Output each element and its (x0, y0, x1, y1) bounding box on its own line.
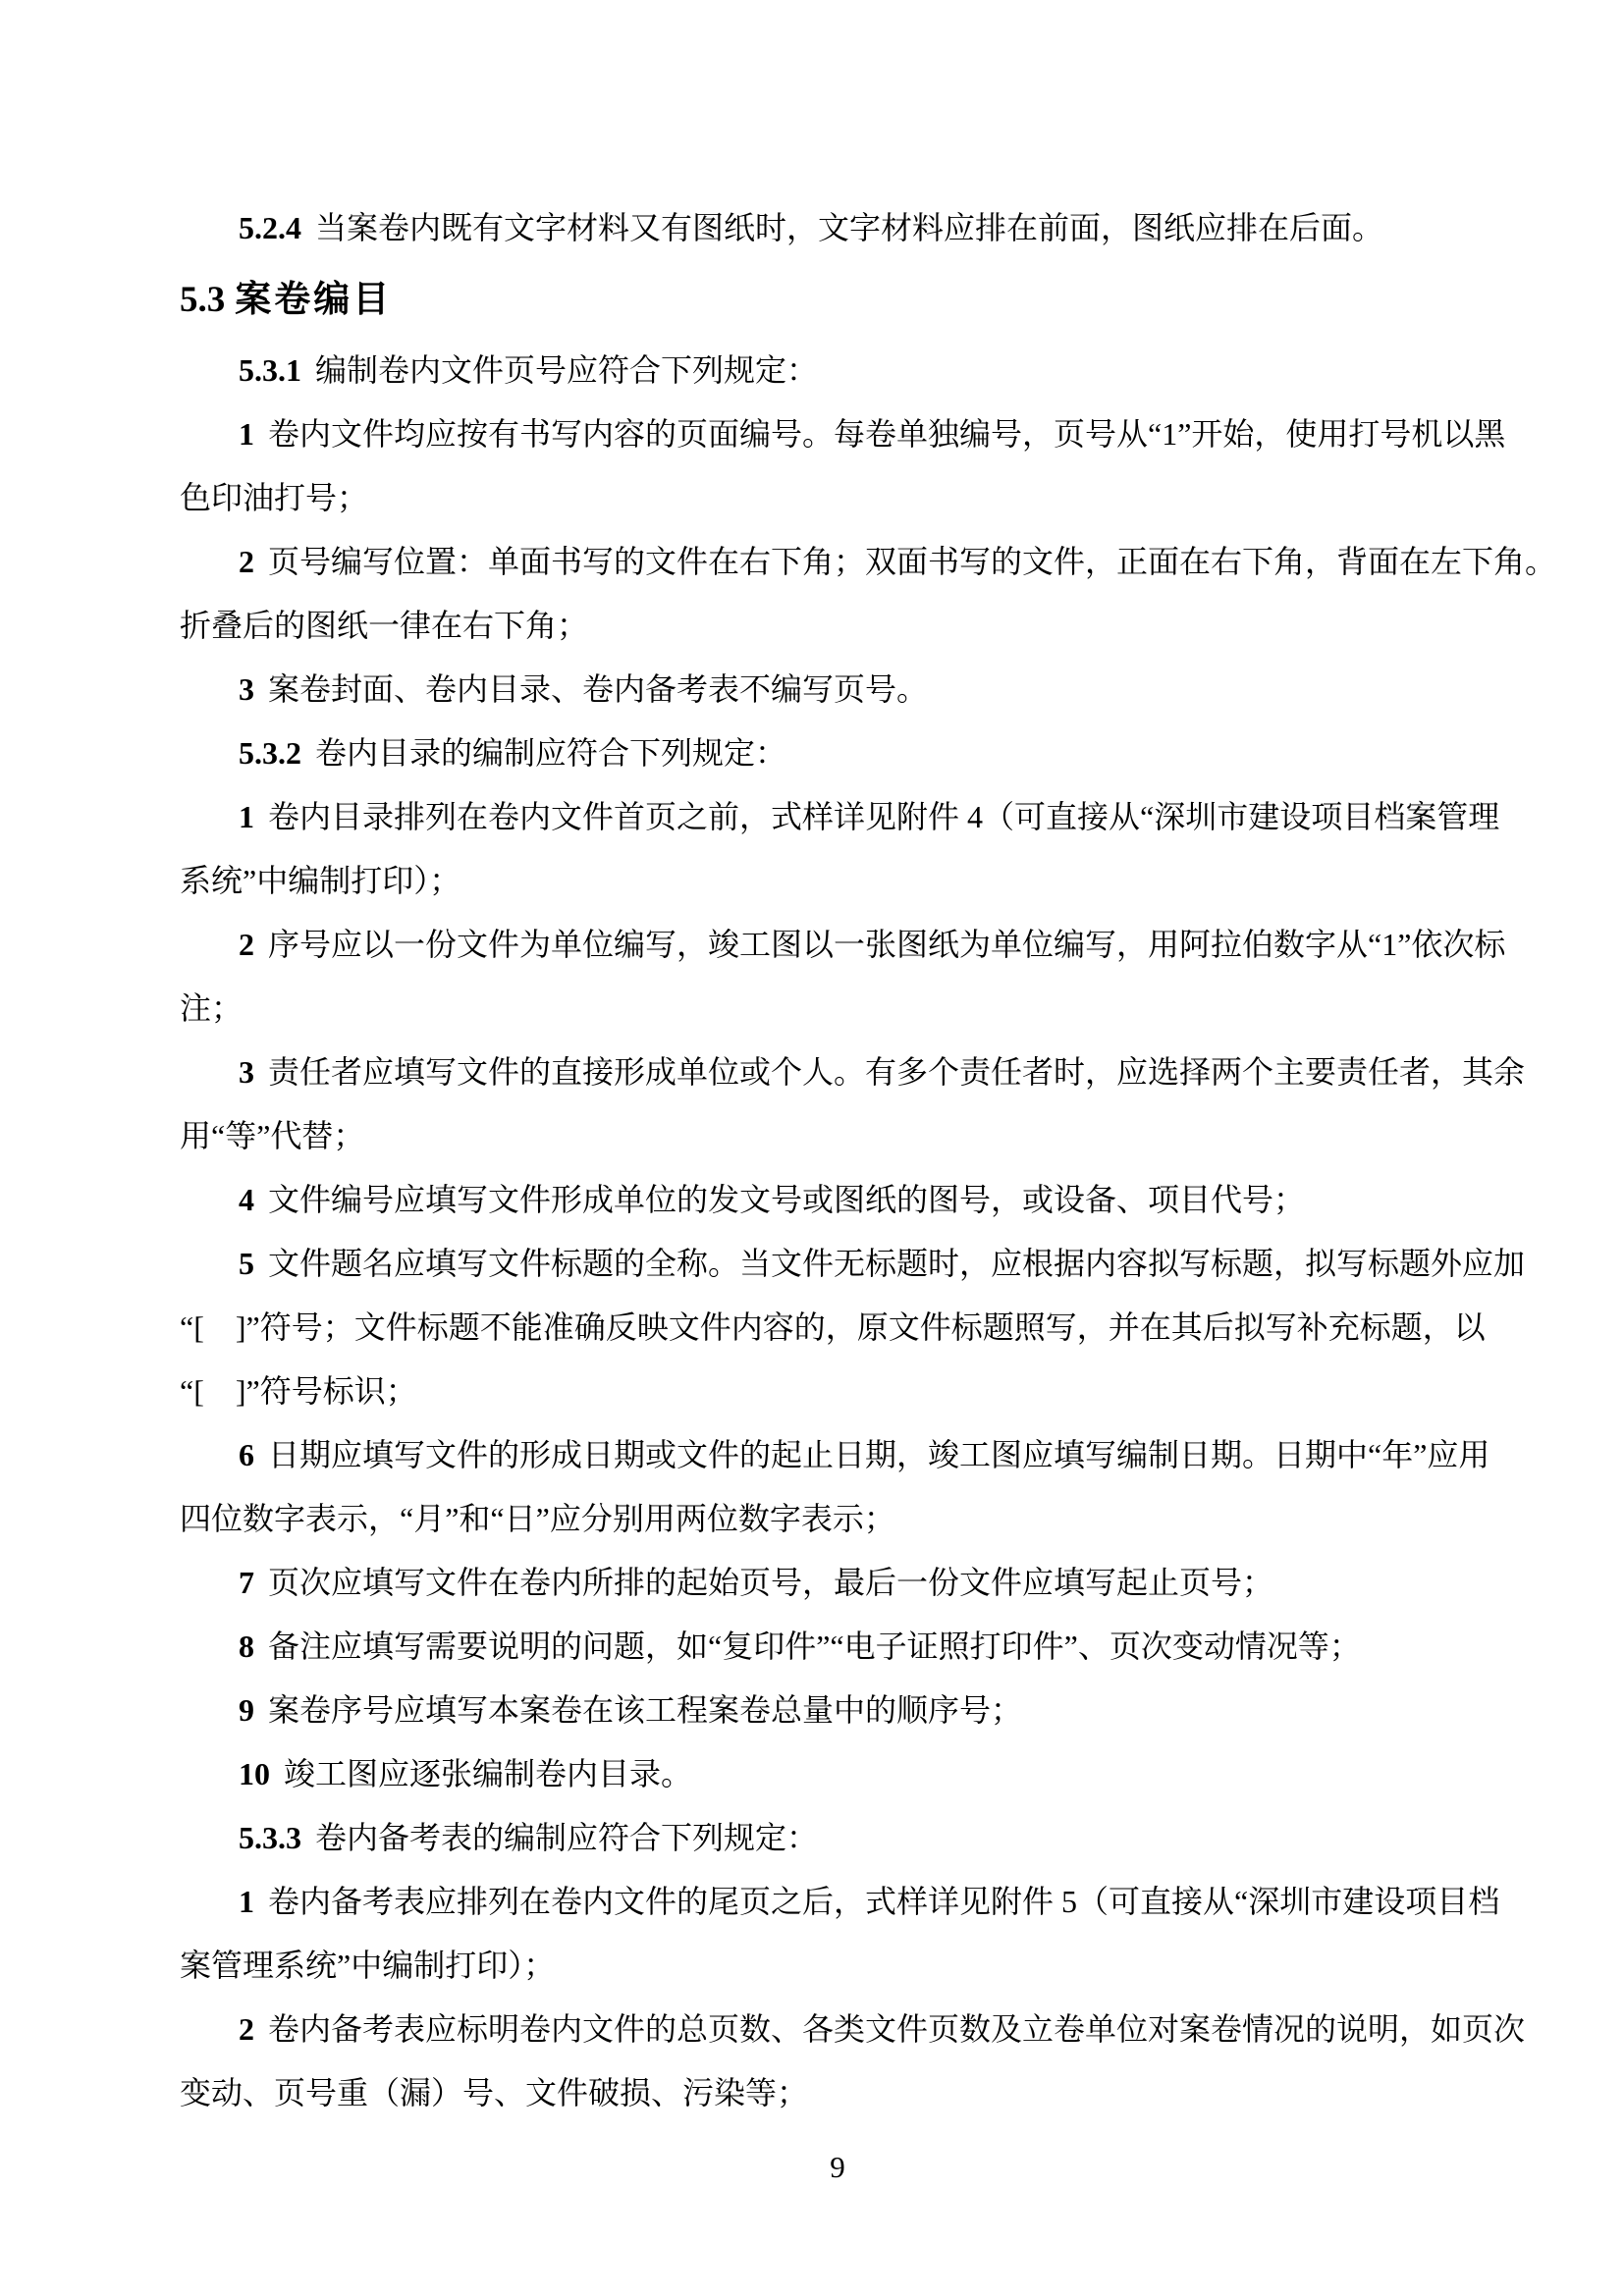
text-line: 案管理系统”中编制打印）； (180, 1934, 1495, 1998)
item-3: 3案卷封面、卷内目录、卷内备考表不编写页号。 (180, 658, 1495, 721)
clause-number: 2 (239, 544, 254, 579)
text-line: 3案卷封面、卷内目录、卷内备考表不编写页号。 (180, 658, 1495, 721)
text-line: 10竣工图应逐张编制卷内目录。 (180, 1742, 1495, 1806)
clause-text: 页次应填写文件在卷内所排的起始页号，最后一份文件应填写起止页号； (268, 1565, 1273, 1600)
clause-text: 备注应填写需要说明的问题，如“复印件”“电子证照打印件”、页次变动情况等； (268, 1629, 1361, 1664)
item-5: 5文件题名应填写文件标题的全称。当文件无标题时，应根据内容拟写标题，拟写标题外应… (180, 1232, 1495, 1423)
clause-text: 卷内文件均应按有书写内容的页面编号。每卷单独编号，页号从“1”开始，使用打号机以… (268, 416, 1505, 452)
section-heading-5.3: 5.3案卷编目 (180, 267, 1495, 331)
text-line: 1卷内目录排列在卷内文件首页之前，式样详见附件 4（可直接从“深圳市建设项目档案… (180, 785, 1495, 849)
clause-text: 页号编写位置：单面书写的文件在右下角；双面书写的文件，正面在右下角，背面在左下角… (268, 544, 1556, 579)
item-1: 1卷内目录排列在卷内文件首页之前，式样详见附件 4（可直接从“深圳市建设项目档案… (180, 785, 1495, 913)
item-1: 1卷内文件均应按有书写内容的页面编号。每卷单独编号，页号从“1”开始，使用打号机… (180, 402, 1495, 530)
clause-number: 10 (239, 1756, 270, 1791)
text-line: 2序号应以一份文件为单位编写，竣工图以一张图纸为单位编写，用阿拉伯数字从“1”依… (180, 913, 1495, 977)
clause-number: 5.3.1 (239, 352, 301, 388)
clause-number: 9 (239, 1692, 254, 1728)
item-6: 6日期应填写文件的形成日期或文件的起止日期，竣工图应填写编制日期。日期中“年”应… (180, 1423, 1495, 1551)
page-number: 9 (180, 2135, 1495, 2199)
clause-text: 序号应以一份文件为单位编写，竣工图以一张图纸为单位编写，用阿拉伯数字从“1”依次… (268, 927, 1505, 962)
text-line: 5.3.1编制卷内文件页号应符合下列规定： (180, 339, 1495, 402)
item-2: 2序号应以一份文件为单位编写，竣工图以一张图纸为单位编写，用阿拉伯数字从“1”依… (180, 913, 1495, 1041)
text-line: 用“等”代替； (180, 1104, 1495, 1168)
clause-text: 文件编号应填写文件形成单位的发文号或图纸的图号，或设备、项目代号； (268, 1182, 1305, 1217)
clause-text: 卷内备考表的编制应符合下列规定： (315, 1820, 818, 1855)
document-page: 5.2.4当案卷内既有文字材料又有图纸时，文字材料应排在前面，图纸应排在后面。5… (0, 0, 1624, 2296)
text-line: 1卷内文件均应按有书写内容的页面编号。每卷单独编号，页号从“1”开始，使用打号机… (180, 402, 1495, 466)
clause-text: 卷内备考表应标明卷内文件的总页数、各类文件页数及立卷单位对案卷情况的说明，如页次 (268, 2011, 1525, 2047)
text-line: 5.3.2卷内目录的编制应符合下列规定： (180, 721, 1495, 785)
clause-number: 5 (239, 1246, 254, 1281)
item-8: 8备注应填写需要说明的问题，如“复印件”“电子证照打印件”、页次变动情况等； (180, 1615, 1495, 1679)
clause-5.3.3: 5.3.3卷内备考表的编制应符合下列规定： (180, 1806, 1495, 1870)
text-line: 4文件编号应填写文件形成单位的发文号或图纸的图号，或设备、项目代号； (180, 1168, 1495, 1232)
clause-number: 2 (239, 2011, 254, 2047)
text-line: 8备注应填写需要说明的问题，如“复印件”“电子证照打印件”、页次变动情况等； (180, 1615, 1495, 1679)
clause-number: 3 (239, 1054, 254, 1090)
text-line: 6日期应填写文件的形成日期或文件的起止日期，竣工图应填写编制日期。日期中“年”应… (180, 1423, 1495, 1487)
item-4: 4文件编号应填写文件形成单位的发文号或图纸的图号，或设备、项目代号； (180, 1168, 1495, 1232)
clause-text: 编制卷内文件页号应符合下列规定： (315, 352, 818, 388)
clause-5.2.4: 5.2.4当案卷内既有文字材料又有图纸时，文字材料应排在前面，图纸应排在后面。 (180, 196, 1495, 260)
clause-5.3.2: 5.3.2卷内目录的编制应符合下列规定： (180, 721, 1495, 785)
clause-text: 卷内备考表应排列在卷内文件的尾页之后，式样详见附件 5（可直接从“深圳市建设项目… (268, 1884, 1499, 1919)
text-line: 9案卷序号应填写本案卷在该工程案卷总量中的顺序号； (180, 1679, 1495, 1742)
clause-number: 8 (239, 1629, 254, 1664)
item-3: 3责任者应填写文件的直接形成单位或个人。有多个责任者时，应选择两个主要责任者，其… (180, 1041, 1495, 1168)
item-10: 10竣工图应逐张编制卷内目录。 (180, 1742, 1495, 1806)
clause-number: 2 (239, 927, 254, 962)
clause-number: 5.3.2 (239, 735, 301, 771)
clause-number: 5.3.3 (239, 1820, 301, 1855)
text-line: 1卷内备考表应排列在卷内文件的尾页之后，式样详见附件 5（可直接从“深圳市建设项… (180, 1870, 1495, 1934)
clause-number: 6 (239, 1437, 254, 1472)
clause-text: 责任者应填写文件的直接形成单位或个人。有多个责任者时，应选择两个主要责任者，其余 (268, 1054, 1525, 1090)
clause-text: 卷内目录排列在卷内文件首页之前，式样详见附件 4（可直接从“深圳市建设项目档案管… (268, 799, 1499, 834)
clause-text: 日期应填写文件的形成日期或文件的起止日期，竣工图应填写编制日期。日期中“年”应用 (268, 1437, 1489, 1472)
text-line: 系统”中编制打印）； (180, 849, 1495, 913)
item-2: 2卷内备考表应标明卷内文件的总页数、各类文件页数及立卷单位对案卷情况的说明，如页… (180, 1998, 1495, 2125)
clause-text: 卷内目录的编制应符合下列规定： (315, 735, 786, 771)
clause-number: 1 (239, 1884, 254, 1919)
text-line: 四位数字表示，“月”和“日”应分别用两位数字表示； (180, 1487, 1495, 1551)
text-line: 5文件题名应填写文件标题的全称。当文件无标题时，应根据内容拟写标题，拟写标题外应… (180, 1232, 1495, 1296)
clause-number: 1 (239, 416, 254, 452)
text-line: 2页号编写位置：单面书写的文件在右下角；双面书写的文件，正面在右下角，背面在左下… (180, 530, 1495, 594)
text-line: 折叠后的图纸一律在右下角； (180, 594, 1495, 658)
text-line: 3责任者应填写文件的直接形成单位或个人。有多个责任者时，应选择两个主要责任者，其… (180, 1041, 1495, 1104)
clause-number: 7 (239, 1565, 254, 1600)
clause-text: 案卷封面、卷内目录、卷内备考表不编写页号。 (268, 671, 928, 707)
text-line: 5.3.3卷内备考表的编制应符合下列规定： (180, 1806, 1495, 1870)
item-7: 7页次应填写文件在卷内所排的起始页号，最后一份文件应填写起止页号； (180, 1551, 1495, 1615)
clause-text: 竣工图应逐张编制卷内目录。 (284, 1756, 692, 1791)
text-line: “[ ]”符号标识； (180, 1360, 1495, 1423)
clause-text: 案卷序号应填写本案卷在该工程案卷总量中的顺序号； (268, 1692, 1022, 1728)
text-line: 5.2.4当案卷内既有文字材料又有图纸时，文字材料应排在前面，图纸应排在后面。 (180, 196, 1495, 260)
document-body: 5.2.4当案卷内既有文字材料又有图纸时，文字材料应排在前面，图纸应排在后面。5… (180, 196, 1495, 2125)
clause-number: 1 (239, 799, 254, 834)
text-line: 色印油打号； (180, 466, 1495, 530)
clause-5.3.1: 5.3.1编制卷内文件页号应符合下列规定： (180, 339, 1495, 402)
clause-number: 5.2.4 (239, 210, 301, 245)
item-1: 1卷内备考表应排列在卷内文件的尾页之后，式样详见附件 5（可直接从“深圳市建设项… (180, 1870, 1495, 1998)
clause-text: 当案卷内既有文字材料又有图纸时，文字材料应排在前面，图纸应排在后面。 (315, 210, 1383, 245)
item-2: 2页号编写位置：单面书写的文件在右下角；双面书写的文件，正面在右下角，背面在左下… (180, 530, 1495, 658)
text-line: 7页次应填写文件在卷内所排的起始页号，最后一份文件应填写起止页号； (180, 1551, 1495, 1615)
item-9: 9案卷序号应填写本案卷在该工程案卷总量中的顺序号； (180, 1679, 1495, 1742)
text-line: 注； (180, 977, 1495, 1041)
heading-number: 5.3 (180, 280, 225, 320)
text-line: “[ ]”符号；文件标题不能准确反映文件内容的，原文件标题照写，并在其后拟写补充… (180, 1296, 1495, 1360)
clause-number: 4 (239, 1182, 254, 1217)
clause-number: 3 (239, 671, 254, 707)
clause-text: 文件题名应填写文件标题的全称。当文件无标题时，应根据内容拟写标题，拟写标题外应加 (268, 1246, 1525, 1281)
text-line: 2卷内备考表应标明卷内文件的总页数、各类文件页数及立卷单位对案卷情况的说明，如页… (180, 1998, 1495, 2061)
text-line: 变动、页号重（漏）号、文件破损、污染等； (180, 2061, 1495, 2125)
heading-title: 案卷编目 (235, 279, 392, 319)
